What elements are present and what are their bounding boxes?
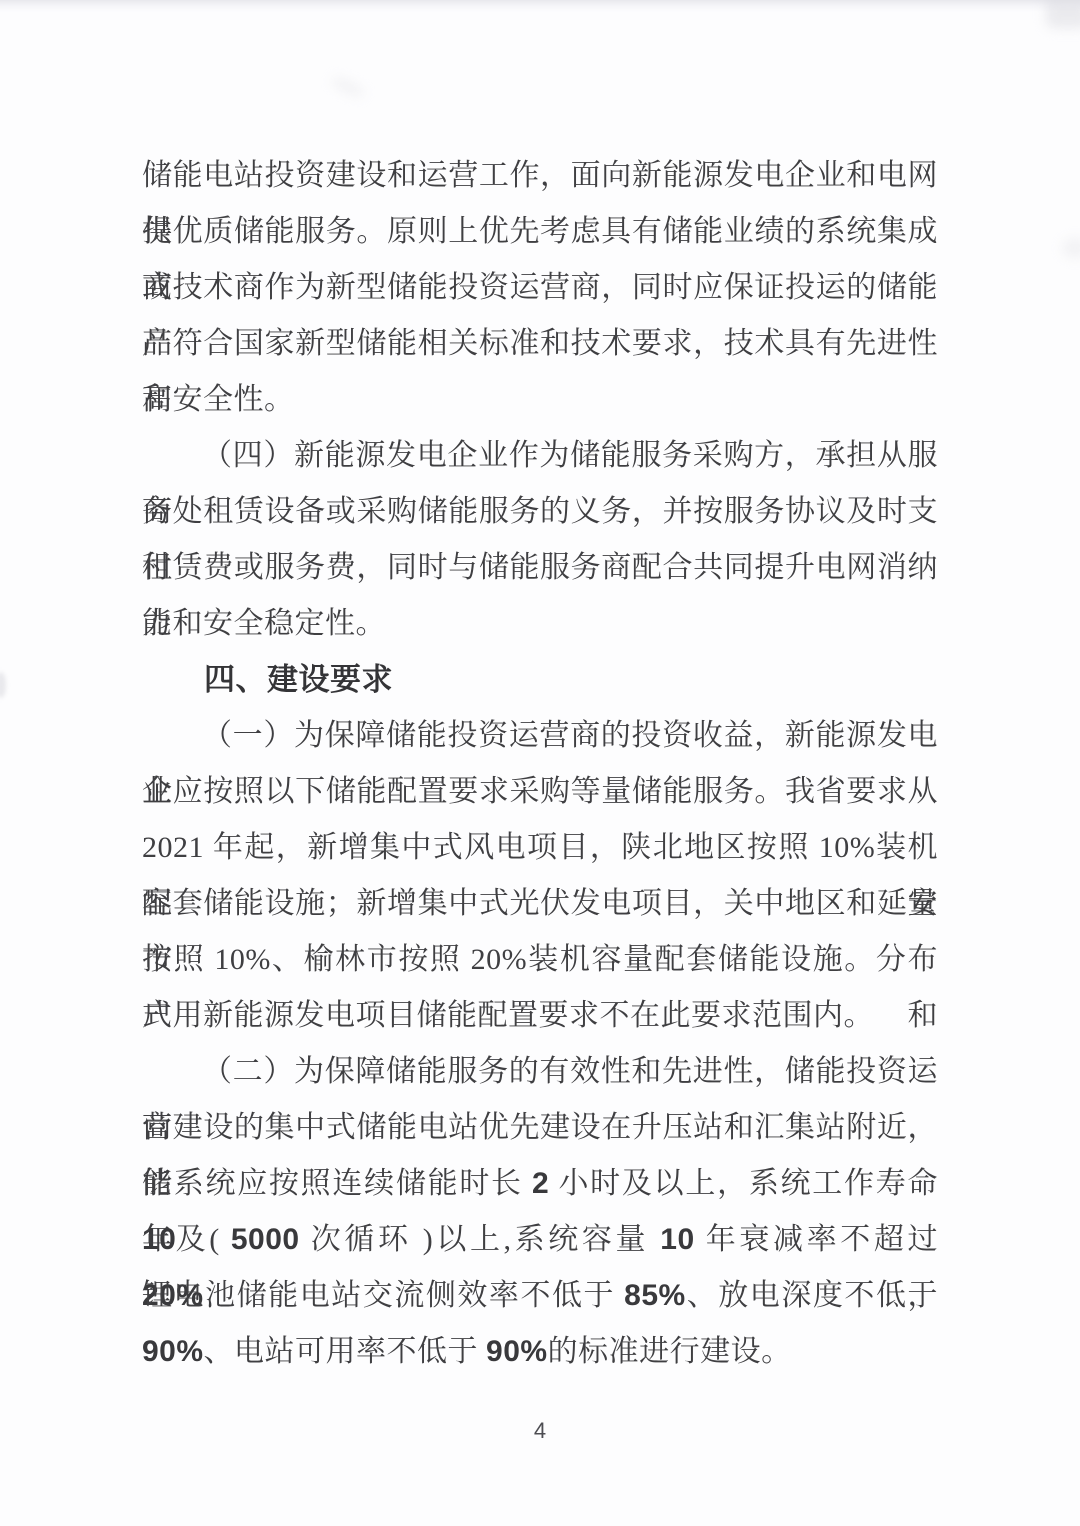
text-line: 储能电站投资建设和运营工作，面向新能源发电企业和电网提 — [142, 148, 938, 204]
text-line: 供优质储能服务。原则上优先考虑具有储能业绩的系统集成商 — [142, 204, 938, 260]
numeric-value: 85% — [624, 1279, 686, 1312]
text-line: 2021 年起，新增集中式风电项目，陕北地区按照 10%装机容量 — [142, 820, 938, 876]
paragraph: （一）为保障储能投资运营商的投资收益，新能源发电企业应按照以下储能配置要求采购等… — [142, 708, 938, 1044]
scan-smudge — [1062, 238, 1080, 258]
text-line: 或技术商作为新型储能投资运营商，同时应保证投运的储能产 — [142, 260, 938, 316]
text-line: （一）为保障储能投资运营商的投资收益，新能源发电企 — [142, 708, 938, 764]
text-line: 能系统应按照连续储能时长 2 小时及以上，系统工作寿命 10 — [142, 1156, 938, 1212]
text-line: 业应按照以下储能配置要求采购等量储能服务。我省要求从 — [142, 764, 938, 820]
section-heading: 四、建设要求 — [142, 652, 938, 708]
numeric-value: 2021 — [142, 831, 204, 864]
scan-top-edge-artifact — [0, 0, 1080, 12]
page-number: 4 — [0, 1418, 1080, 1444]
text-line: 商处租赁设备或采购储能服务的义务，并按服务协议及时支付 — [142, 484, 938, 540]
paragraph: 储能电站投资建设和运营工作，面向新能源发电企业和电网提供优质储能服务。原则上优先… — [142, 148, 938, 428]
text-line: 户用新能源发电项目储能配置要求不在此要求范围内。 — [142, 988, 938, 1044]
document-body: 储能电站投资建设和运营工作，面向新能源发电企业和电网提供优质储能服务。原则上优先… — [142, 148, 938, 1380]
text-line: 高安全性。 — [142, 372, 938, 428]
numeric-value: 90% — [486, 1335, 548, 1368]
scan-smudge — [0, 672, 6, 698]
numeric-value: 20% — [471, 943, 528, 976]
numeric-value: 5000 — [231, 1223, 300, 1256]
numeric-value: 90% — [142, 1335, 204, 1368]
text-line: 商建设的集中式储能电站优先建设在升压站和汇集站附近，储 — [142, 1100, 938, 1156]
document-page: 储能电站投资建设和运营工作，面向新能源发电企业和电网提供优质储能服务。原则上优先… — [0, 0, 1080, 1526]
numeric-value: 10% — [819, 831, 876, 864]
text-line: （四）新能源发电企业作为储能服务采购方，承担从服务 — [142, 428, 938, 484]
text-line: （二）为保障储能服务的有效性和先进性，储能投资运营 — [142, 1044, 938, 1100]
text-line: 年及( 5000 次循环 )以上,系统容量 10 年衰减率不超过 20%， — [142, 1212, 938, 1268]
numeric-value: 2 — [532, 1167, 549, 1200]
section-heading-text: 四、建设要求 — [142, 652, 938, 708]
text-line: 锂电池储能电站交流侧效率不低于 85%、放电深度不低于 — [142, 1268, 938, 1324]
scan-smudge — [1046, 0, 1080, 28]
numeric-value: 10 — [660, 1223, 694, 1256]
text-line: 配套储能设施；新增集中式光伏发电项目，关中地区和延安市 — [142, 876, 938, 932]
text-line: 租赁费或服务费，同时与储能服务商配合共同提升电网消纳能 — [142, 540, 938, 596]
paragraph: （二）为保障储能服务的有效性和先进性，储能投资运营商建设的集中式储能电站优先建设… — [142, 1044, 938, 1380]
numeric-value: 10% — [214, 943, 271, 976]
text-line: 按照 10%、榆林市按照 20%装机容量配套储能设施。分布式和 — [142, 932, 938, 988]
paragraph: （四）新能源发电企业作为储能服务采购方，承担从服务商处租赁设备或采购储能服务的义… — [142, 428, 938, 652]
text-line: 品符合国家新型储能相关标准和技术要求，技术具有先进性和 — [142, 316, 938, 372]
text-line: 90%、电站可用率不低于 90%的标准进行建设。 — [142, 1324, 938, 1380]
text-line: 力和安全稳定性。 — [142, 596, 938, 652]
scan-smudge — [330, 75, 367, 99]
